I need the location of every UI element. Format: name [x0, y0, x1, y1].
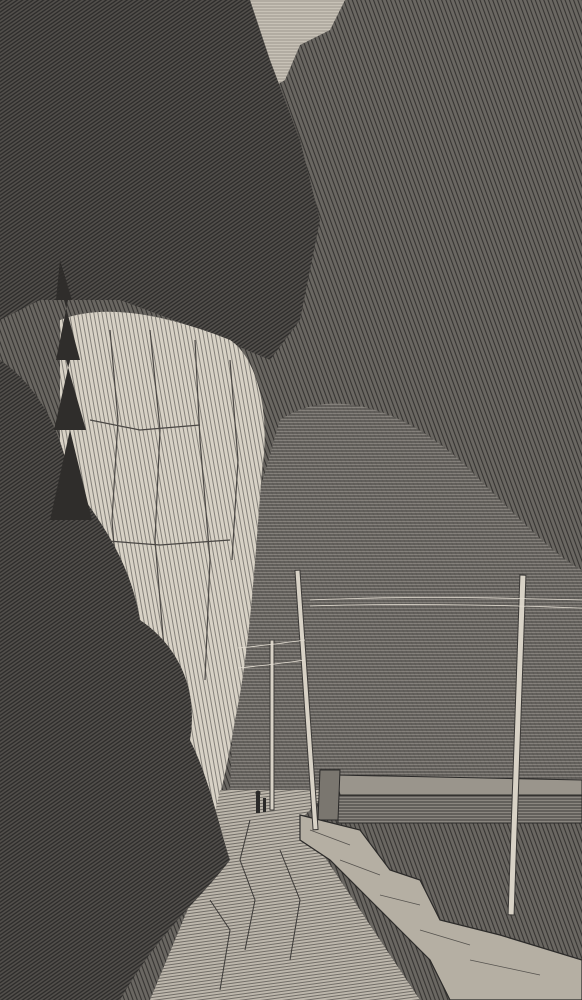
engraving-scene: [0, 0, 582, 1000]
gorge-engraving: [0, 0, 582, 1000]
